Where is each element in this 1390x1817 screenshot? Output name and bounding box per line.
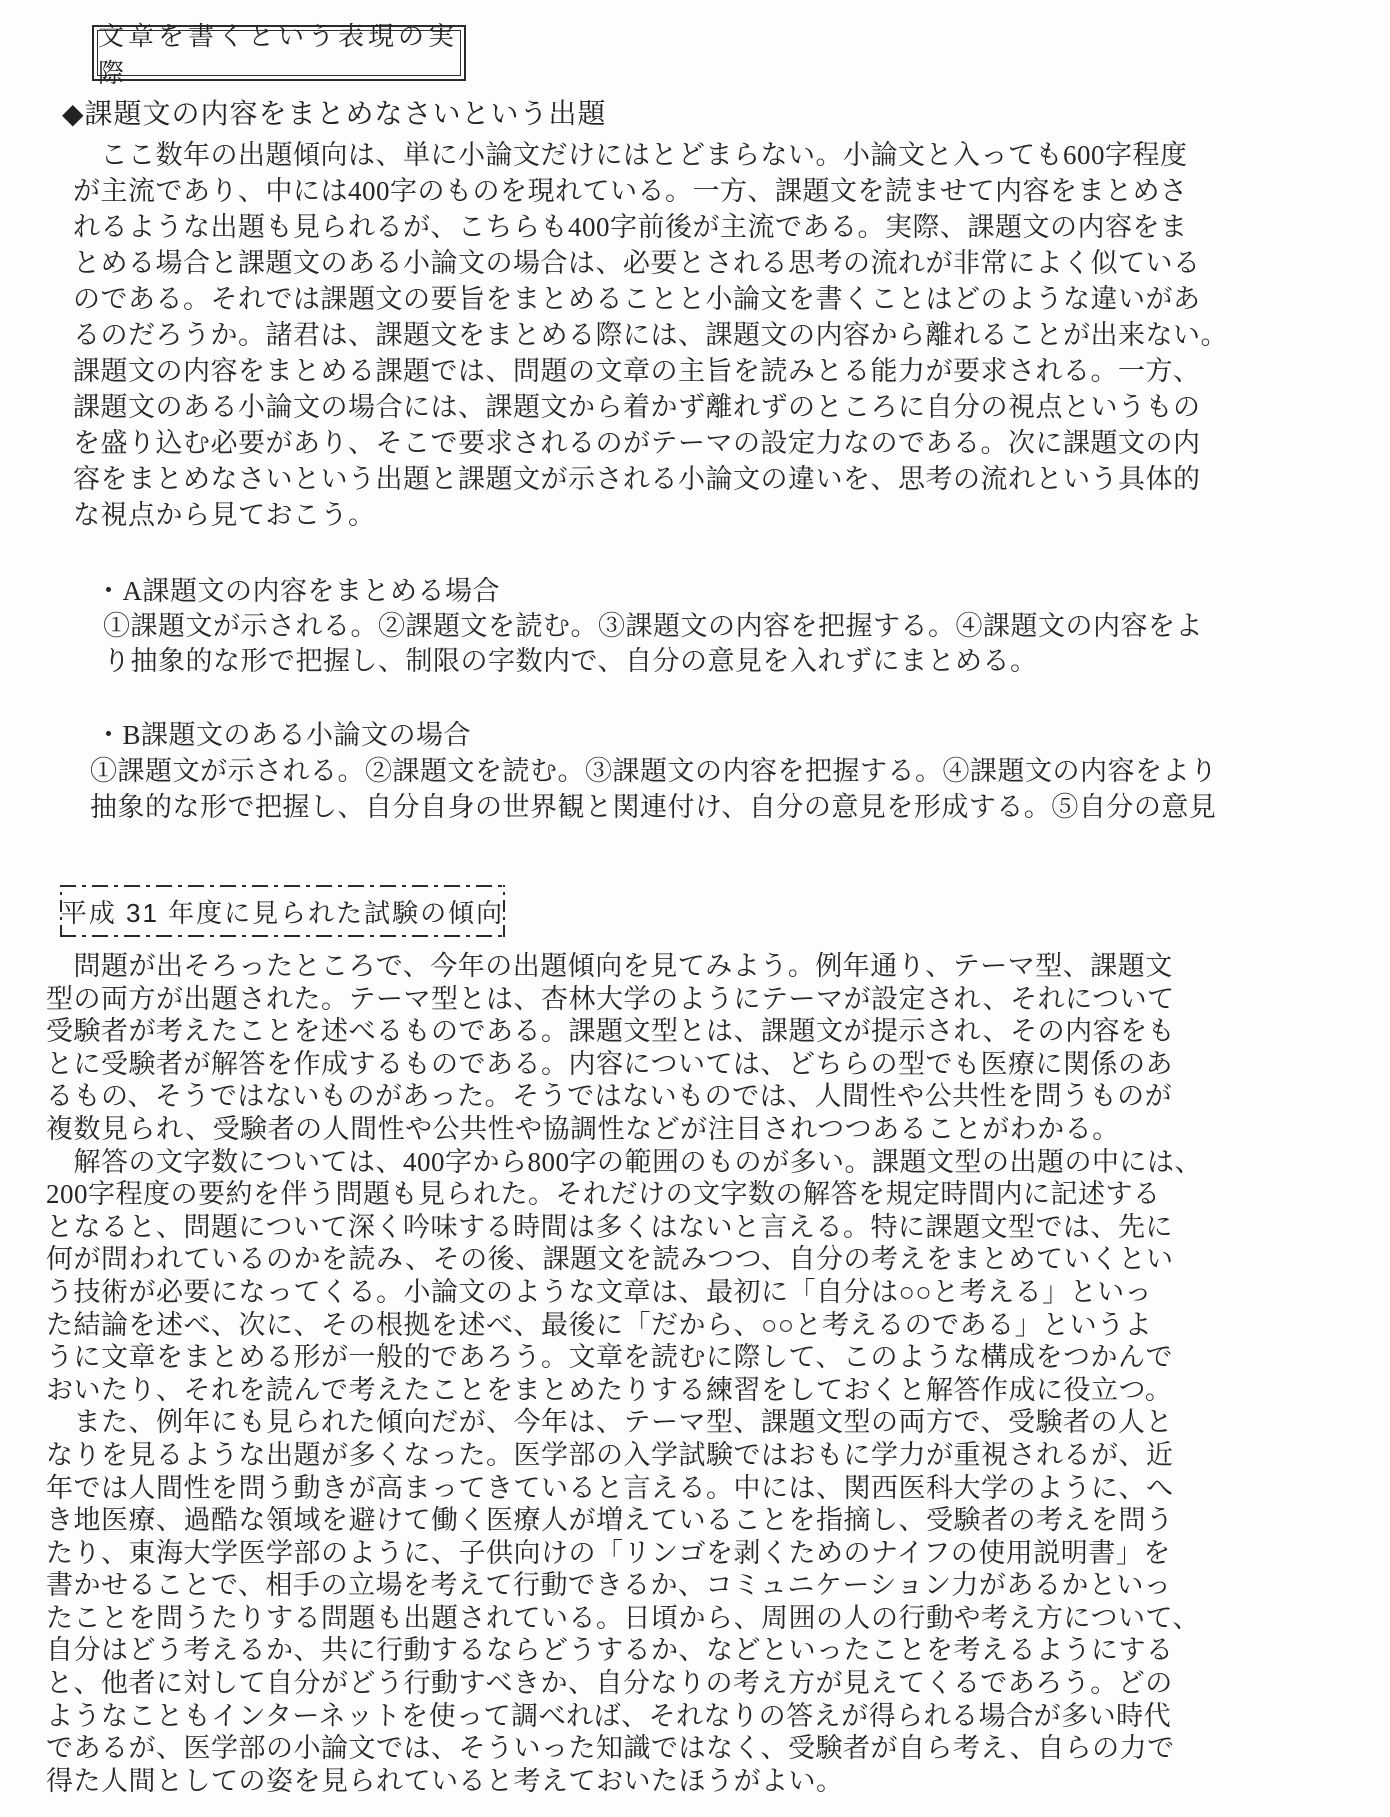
section1-title: 文章を書くという表現の実際 <box>98 16 460 90</box>
text-line: おいたり、それを読んで考えたことをまとめたりする練習をしておくと解答作成に役立つ… <box>46 1374 1186 1407</box>
text-line: 得た人間としての姿を見られていると考えておいたほうがよい。 <box>46 1765 1186 1798</box>
case-a-block: ・A課題文の内容をまとめる場合 ①課題文が示される。②課題文を読む。③課題文の内… <box>73 574 1183 679</box>
text-line: 年では人間性を問う動きが高まってきていると言える。中には、関西医科大学のように、… <box>46 1472 1186 1505</box>
text-line: であるが、医学部の小論文では、そういった知識ではなく、受験者が自ら考え、自らの力… <box>46 1732 1186 1765</box>
text-line: うに文章をまとめる形が一般的であろう。文章を読むに際して、このような構成をつかん… <box>46 1341 1186 1374</box>
text-line: たことを問うたりする問題も出題されている。日頃から、周囲の人の行動や考え方につい… <box>46 1602 1186 1635</box>
text-line: う技術が必要になってくる。小論文のような文章は、最初に「自分は○○と考える」とい… <box>46 1276 1186 1309</box>
case-a-title: ・A課題文の内容をまとめる場合 <box>73 574 1183 609</box>
document-page: 文章を書くという表現の実際 ◆課題文の内容をまとめなさいという出題 ここ数年の出… <box>0 0 1390 1817</box>
text-line: 課題文の内容をまとめる課題では、問題の文章の主旨を読みとる能力が要求される。一方… <box>73 353 1183 389</box>
text-line: ここ数年の出題傾向は、単に小論文だけにはとどまらない。小論文と入っても600字程… <box>73 137 1183 173</box>
text-line: 複数見られ、受験者の人間性や公共性や協調性などが注目されつつあることがわかる。 <box>46 1113 1186 1146</box>
section1-heading: ◆課題文の内容をまとめなさいという出題 <box>62 92 607 132</box>
text-line: 課題文のある小論文の場合には、課題文から着かず離れずのところに自分の視点というも… <box>73 389 1183 425</box>
text-line: ①課題文が示される。②課題文を読む。③課題文の内容を把握する。④課題文の内容をよ… <box>90 753 1183 789</box>
text-line: 受験者が考えたことを述べるものである。課題文型とは、課題文が提示され、その内容を… <box>46 1015 1186 1048</box>
text-line: るもの、そうではないものがあった。そうではないものでは、人間性や公共性を問うもの… <box>46 1080 1186 1113</box>
text-line: なりを見るような出題が多くなった。医学部の入学試験ではおもに学力が重視されるが、… <box>46 1439 1186 1472</box>
text-line: 抽象的な形で把握し、自分自身の世界観と関連付け、自分の意見を形成する。⑤自分の意… <box>90 789 1183 825</box>
text-line: とめる場合と課題文のある小論文の場合は、必要とされる思考の流れが非常によく似てい… <box>73 245 1183 281</box>
section2-paragraph-2: 解答の文字数については、400字から800字の範囲のものが多い。課題文型の出題の… <box>46 1146 1186 1407</box>
text-line: 自分はどう考えるか、共に行動するならどうするか、などといったことを考えるようにす… <box>46 1634 1186 1667</box>
text-line: 問題が出そろったところで、今年の出題傾向を見てみよう。例年通り、テーマ型、課題文 <box>46 950 1186 983</box>
text-line: 200字程度の要約を伴う問題も見られた。それだけの文字数の解答を規定時間内に記述… <box>46 1178 1186 1211</box>
text-line: また、例年にも見られた傾向だが、今年は、テーマ型、課題文型の両方で、受験者の人と <box>46 1406 1186 1439</box>
case-b-title: ・B課題文のある小論文の場合 <box>73 717 1183 753</box>
text-line: 書かせることで、相手の立場を考えて行動できるか、コミュニケーション力があるかとい… <box>46 1569 1186 1602</box>
text-line: るのだろうか。諸君は、課題文をまとめる際には、課題文の内容から離れることが出来な… <box>73 317 1183 353</box>
text-line: れるような出題も見られるが、こちらも400字前後が主流である。実際、課題文の内容… <box>73 209 1183 245</box>
case-a-steps: ①課題文が示される。②課題文を読む。③課題文の内容を把握する。④課題文の内容をよ… <box>73 609 1183 679</box>
text-line: り抽象的な形で把握し、制限の字数内で、自分の意見を入れずにまとめる。 <box>103 644 1183 679</box>
section1-paragraph: ここ数年の出題傾向は、単に小論文だけにはとどまらない。小論文と入っても600字程… <box>73 137 1183 533</box>
section2-body: 問題が出そろったところで、今年の出題傾向を見てみよう。例年通り、テーマ型、課題文… <box>46 950 1186 1797</box>
case-b-block: ・B課題文のある小論文の場合 ①課題文が示される。②課題文を読む。③課題文の内容… <box>73 717 1183 825</box>
text-line: ①課題文が示される。②課題文を読む。③課題文の内容を把握する。④課題文の内容をよ <box>103 609 1183 644</box>
section2-title-box: 平成 31 年度に見られた試験の傾向 <box>60 885 505 937</box>
text-line: ようなこともインターネットを使って調べれば、それなりの答えが得られる場合が多い時… <box>46 1700 1186 1733</box>
text-line: 解答の文字数については、400字から800字の範囲のものが多い。課題文型の出題の… <box>46 1146 1186 1179</box>
section2-paragraph-3: また、例年にも見られた傾向だが、今年は、テーマ型、課題文型の両方で、受験者の人と… <box>46 1406 1186 1797</box>
text-line: となると、問題について深く吟味する時間は多くはないと言える。特に課題文型では、先… <box>46 1211 1186 1244</box>
text-line: が主流であり、中には400字のものを現れている。一方、課題文を読ませて内容をまと… <box>73 173 1183 209</box>
text-line: き地医療、過酷な領域を避けて働く医療人が増えていることを指摘し、受験者の考えを問… <box>46 1504 1186 1537</box>
text-line: 容をまとめなさいという出題と課題文が示される小論文の違いを、思考の流れという具体… <box>73 461 1183 497</box>
text-line: たり、東海大学医学部のように、子供向けの「リンゴを剥くためのナイフの使用説明書」… <box>46 1537 1186 1570</box>
text-line: 何が問われているのかを読み、その後、課題文を読みつつ、自分の考えをまとめていくと… <box>46 1243 1186 1276</box>
text-line: 型の両方が出題された。テーマ型とは、杏林大学のようにテーマが設定され、それについ… <box>46 983 1186 1016</box>
text-line: を盛り込む必要があり、そこで要求されるのがテーマの設定力なのである。次に課題文の… <box>73 425 1183 461</box>
section2-paragraph-1: 問題が出そろったところで、今年の出題傾向を見てみよう。例年通り、テーマ型、課題文… <box>46 950 1186 1146</box>
section1-title-box-inner-border: 文章を書くという表現の実際 <box>97 30 461 76</box>
text-line: とに受験者が解答を作成するものである。内容については、どちらの型でも医療に関係の… <box>46 1048 1186 1081</box>
text-line: な視点から見ておこう。 <box>73 497 1183 533</box>
text-line: と、他者に対して自分がどう行動すべきか、自分なりの考え方が見えてくるであろう。ど… <box>46 1667 1186 1700</box>
text-line: のである。それでは課題文の要旨をまとめることと小論文を書くことはどのような違いが… <box>73 281 1183 317</box>
section2-title: 平成 31 年度に見られた試験の傾向 <box>61 893 504 930</box>
section1-title-box: 文章を書くという表現の実際 <box>92 25 466 81</box>
text-line: た結論を述べ、次に、その根拠を述べ、最後に「だから、○○と考えるのである」という… <box>46 1309 1186 1342</box>
case-b-steps: ①課題文が示される。②課題文を読む。③課題文の内容を把握する。④課題文の内容をよ… <box>73 753 1183 825</box>
